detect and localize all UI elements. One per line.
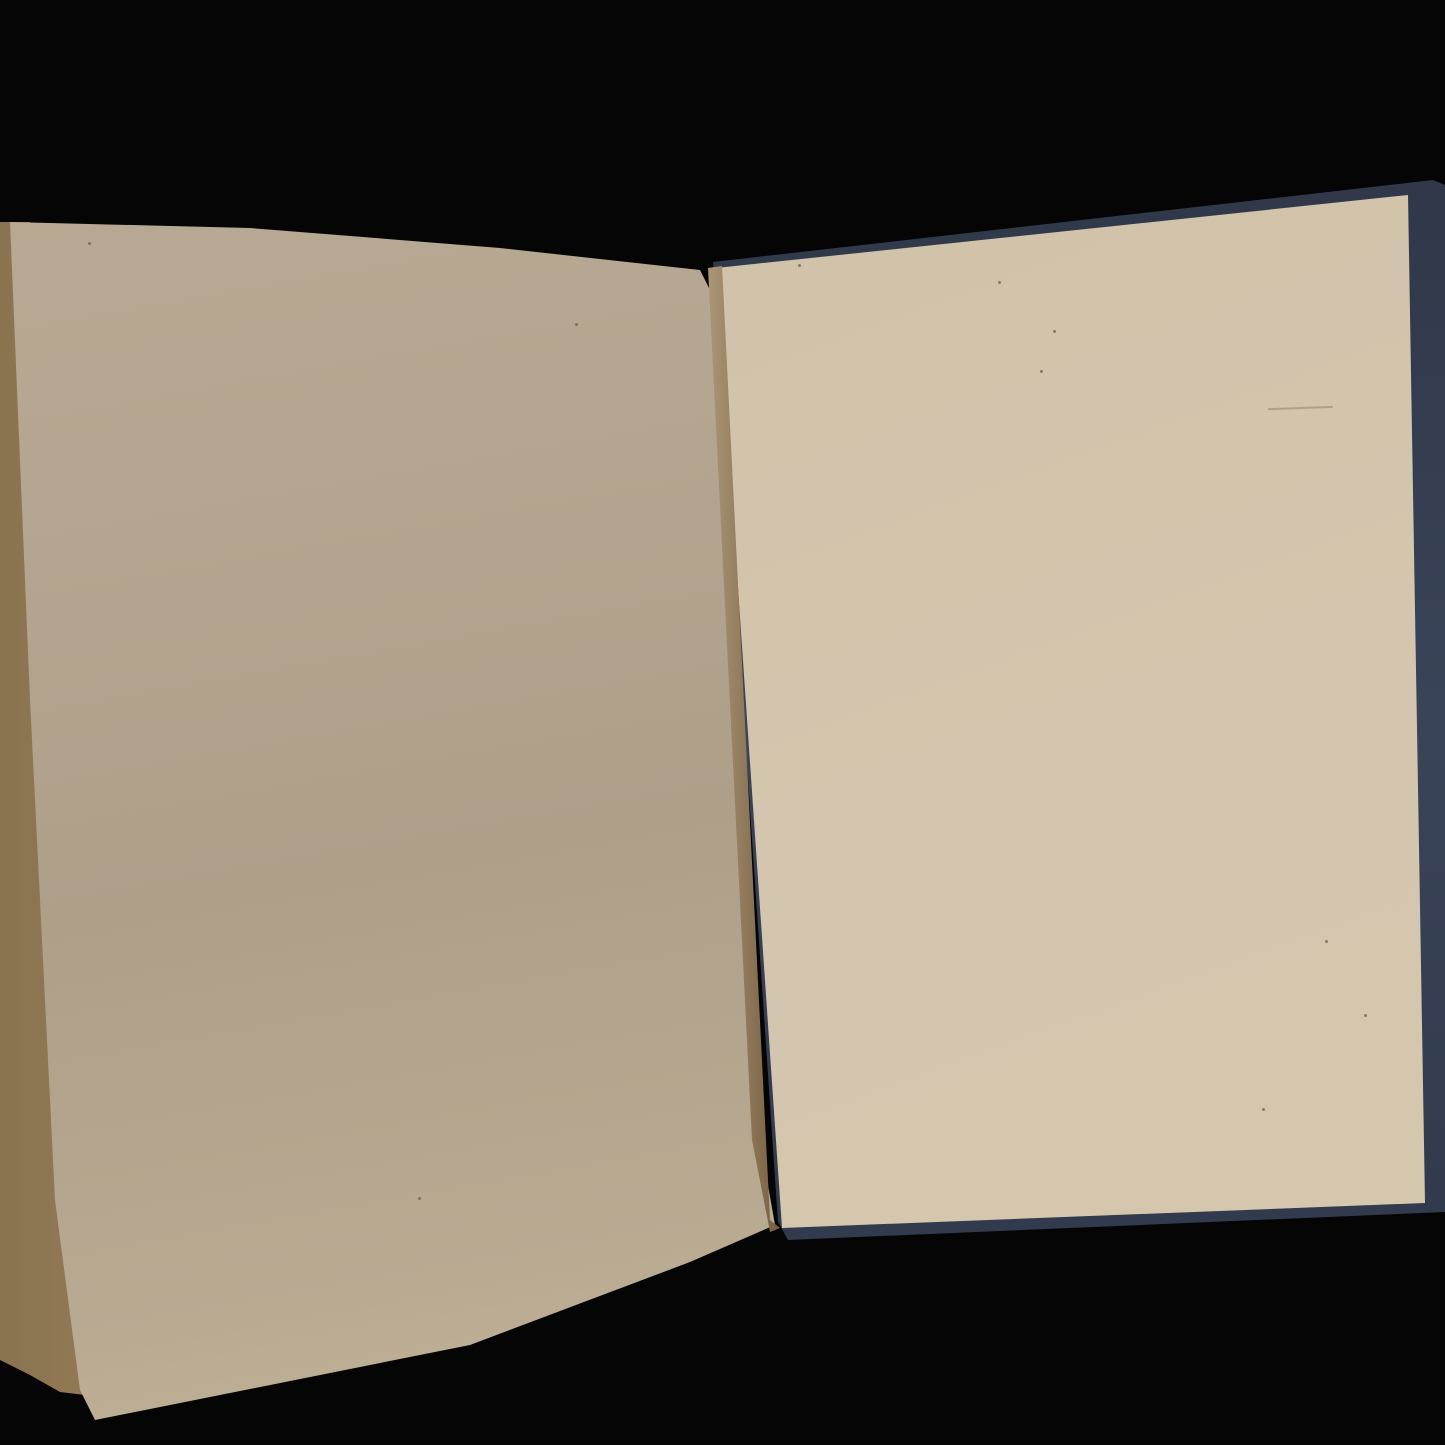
paper-speck <box>1325 940 1328 943</box>
paper-speck <box>418 1197 421 1200</box>
paper-speck <box>1262 1108 1265 1111</box>
paper-speck <box>1040 370 1043 373</box>
paper-speck <box>998 281 1001 284</box>
paper-speck <box>1364 1014 1367 1017</box>
paper-speck <box>88 242 91 245</box>
paper-speck <box>1053 330 1056 333</box>
paper-speck <box>798 264 801 267</box>
paper-speck <box>575 323 578 326</box>
